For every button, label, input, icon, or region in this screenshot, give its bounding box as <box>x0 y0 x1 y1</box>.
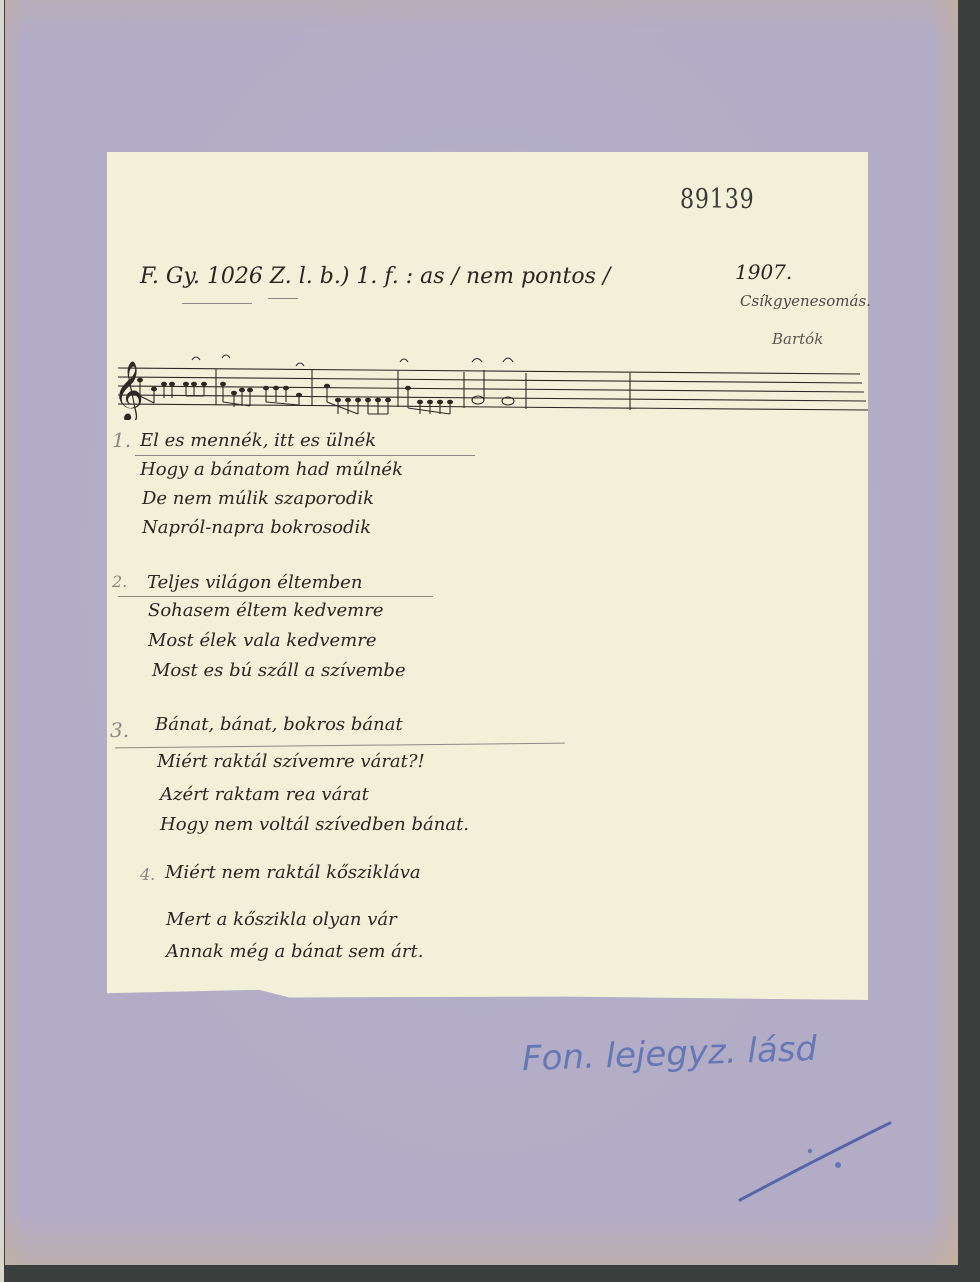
verse-4-line-3: Annak még a bánat sem árt. <box>166 941 423 962</box>
blue-pencil-mark <box>735 1115 895 1205</box>
pencil-underline <box>118 596 433 597</box>
pencil-underline <box>135 455 475 456</box>
verse-1-line-3: De nem múlik szaporodik <box>142 488 374 509</box>
verse-1-line-2: Hogy a bánatom had múlnék <box>140 459 403 480</box>
verse-4-line-2: Mert a kőszikla olyan vár <box>166 909 397 930</box>
svg-text:𝄞: 𝄞 <box>113 361 144 420</box>
verse-2-line-2: Sohasem éltem kedvemre <box>148 600 384 621</box>
verse-1-line-4: Napról-napra bokrosodik <box>142 517 371 538</box>
verse-2-line-4: Most es bú száll a szívembe <box>152 660 406 681</box>
verse-3-line-4: Hogy nem voltál szívedben bánat. <box>160 814 469 835</box>
verse-1-line-1: El es mennék, itt es ülnék <box>140 430 376 451</box>
verse-3-line-2: Miért raktál szívemre várat?! <box>157 751 425 772</box>
verse-3-line-3: Azért raktam rea várat <box>160 784 369 805</box>
verse-number: 4. <box>140 865 155 884</box>
verse-3-line-1: Bánat, bánat, bokros bánat <box>155 714 403 735</box>
verse-2-line-1: Teljes világon éltemben <box>147 572 362 593</box>
verse-2-line-3: Most élek vala kedvemre <box>148 630 377 651</box>
catalog-header: F. Gy. 1026 Z. l. b.) 1. f. : as / nem p… <box>140 264 610 289</box>
collection-year: 1907. <box>735 260 792 284</box>
verse-number: 3. <box>110 718 129 742</box>
pencil-underline <box>182 303 252 304</box>
notes <box>137 378 453 405</box>
collection-place: Csíkgyenesomás. <box>740 292 871 310</box>
verse-4-line-1: Miért nem raktál kőszikláva <box>165 862 421 883</box>
verse-number: 1. <box>112 428 131 452</box>
inventory-number-stamp: 89139 <box>680 184 755 215</box>
pencil-underline <box>268 298 298 299</box>
scan-left-edge <box>0 0 4 1282</box>
verse-number: 2. <box>112 572 127 591</box>
music-staff: 𝄞 <box>110 340 870 420</box>
